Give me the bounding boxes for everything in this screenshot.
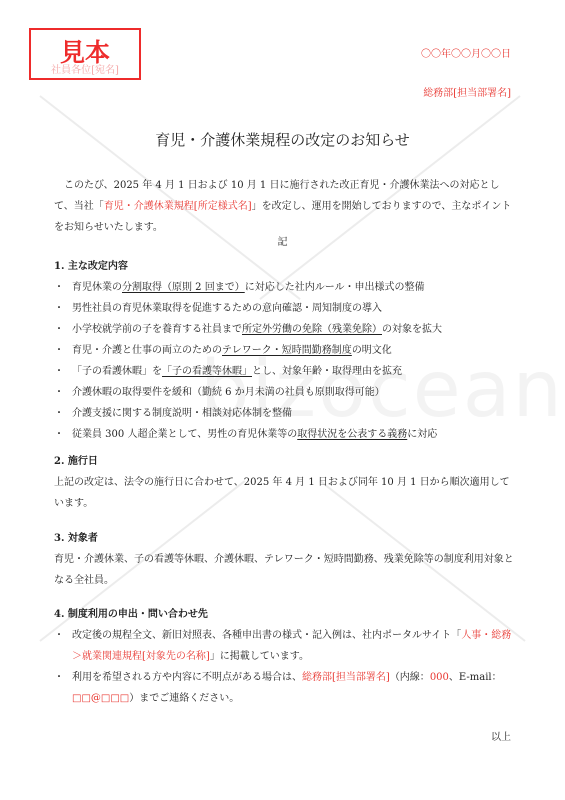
bullet-icon: ・: [54, 382, 64, 403]
bullet-icon: ・: [54, 319, 64, 340]
list-item: ・介護支援に関する制度説明・相談対応体制を整備: [54, 403, 514, 424]
section-heading: 1. 主な改定内容: [54, 257, 514, 277]
section-heading: 2. 施行日: [54, 452, 514, 472]
sender-department: 総務部[担当部署名]: [423, 84, 511, 99]
issue-date: 〇〇年〇〇月〇〇日: [421, 45, 511, 60]
closing-mark: 以上: [491, 728, 511, 743]
regulation-name: 育児・介護休業規程[所定様式名]: [104, 201, 252, 212]
bullet-icon: ・: [54, 298, 64, 319]
section-contact: 4. 制度利用の申出・問い合わせ先 ・改定後の規程全文、新旧対照表、各種申出書の…: [54, 605, 514, 709]
section-heading: 4. 制度利用の申出・問い合わせ先: [54, 605, 514, 625]
bullet-icon: ・: [54, 277, 64, 298]
section-heading: 3. 対象者: [54, 529, 514, 549]
section-body: 育児・介護休業、子の看護等休暇、介護休暇、テレワーク・短時間勤務、残業免除等の制…: [54, 549, 514, 591]
ki-marker: 記: [0, 233, 565, 248]
list-item: ・育児休業の分割取得（原則 2 回まで）に対応した社内ルール・申出様式の整備: [54, 277, 514, 298]
intro-paragraph: このたび、2025 年 4 月 1 日および 10 月 1 日に施行された改正育…: [54, 175, 514, 238]
section-main-changes: 1. 主な改定内容 ・育児休業の分割取得（原則 2 回まで）に対応した社内ルール…: [54, 257, 514, 445]
bullet-icon: ・: [54, 340, 64, 361]
bullet-icon: ・: [54, 424, 64, 445]
contact-email: □□@□□□: [72, 693, 129, 704]
bullet-icon: ・: [54, 403, 64, 424]
list-item: ・介護休暇の取得要件を緩和（勤続 6 か月未満の社員も原則取得可能）: [54, 382, 514, 403]
sample-stamp: 見本 社員各位[宛名]: [29, 28, 141, 80]
contact-list: ・改定後の規程全文、新旧対照表、各種申出書の様式・記入例は、社内ポータルサイト「…: [54, 625, 514, 709]
list-item-portal: ・改定後の規程全文、新旧対照表、各種申出書の様式・記入例は、社内ポータルサイト「…: [54, 625, 514, 667]
list-item: ・小学校就学前の子を養育する社員まで所定外労働の免除（残業免除）の対象を拡大: [54, 319, 514, 340]
changes-list: ・育児休業の分割取得（原則 2 回まで）に対応した社内ルール・申出様式の整備 ・…: [54, 277, 514, 445]
list-item: ・「子の看護休暇」を「子の看護等休暇」とし、対象年齢・取得理由を拡充: [54, 361, 514, 382]
stamp-label: 見本: [31, 40, 139, 65]
section-eligible-employees: 3. 対象者 育児・介護休業、子の看護等休暇、介護休暇、テレワーク・短時間勤務、…: [54, 529, 514, 591]
bullet-icon: ・: [54, 667, 64, 688]
section-body: 上記の改定は、法令の施行日に合わせて、2025 年 4 月 1 日および同年 1…: [54, 472, 514, 514]
extension-number: 000: [430, 672, 449, 683]
section-effective-date: 2. 施行日 上記の改定は、法令の施行日に合わせて、2025 年 4 月 1 日…: [54, 452, 514, 514]
list-item: ・男性社員の育児休業取得を促進するための意向確認・周知制度の導入: [54, 298, 514, 319]
list-item: ・従業員 300 人超企業として、男性の育児休業等の取得状況を公表する義務に対応: [54, 424, 514, 445]
bullet-icon: ・: [54, 625, 64, 646]
list-item: ・育児・介護と仕事の両立のためのテレワーク・短時間勤務制度の明文化: [54, 340, 514, 361]
contact-department: 総務部[担当部署名]: [302, 672, 390, 683]
document-title: 育児・介護休業規程の改定のお知らせ: [0, 129, 565, 150]
list-item-contact: ・利用を希望される方や内容に不明点がある場合は、総務部[担当部署名]（内線：00…: [54, 667, 514, 709]
bullet-icon: ・: [54, 361, 64, 382]
recipient-placeholder: 社員各位[宛名]: [31, 66, 139, 76]
